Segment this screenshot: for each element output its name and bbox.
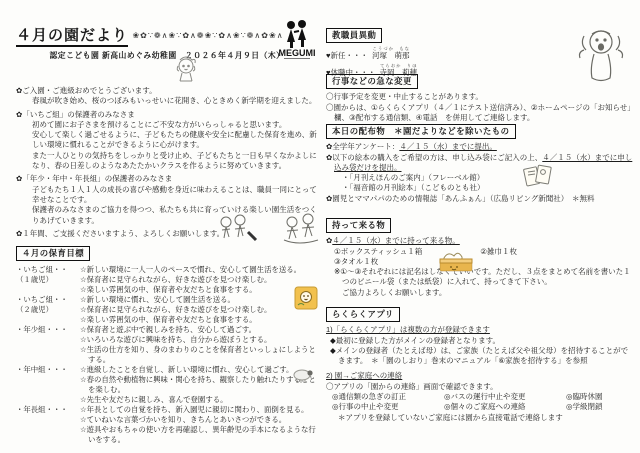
goal-row-nensho: ・年少組・・・ ☆保育者と遊ぶ中で親しみを持ち、安心して過ごす。 ☆いろいろな遊… bbox=[16, 325, 318, 365]
goal-items: ☆進級したことを自覚し、新しい環境に慣れ、安心して過ごす。 ☆春の自然や動植物に… bbox=[80, 365, 318, 405]
handout-book: ・「月刊えほんのご案内」（フレーベル館） bbox=[326, 173, 634, 183]
staff-role-label: ♥新任・・・ bbox=[326, 51, 368, 60]
app-contact-item: ◎学級閉鎖 bbox=[566, 402, 634, 412]
girl-illustration bbox=[166, 54, 206, 84]
goal-item: ☆ていねいな言葉づかいを知り、きちんとあいさつができる。 bbox=[80, 415, 318, 425]
goal-label: ・いちご組・・ （１歳児） bbox=[16, 265, 80, 285]
greeting-paragraph: ✿「いちご組」の保護者のみなさま 初めて園にお子さまを預けることにご不安な方がい… bbox=[16, 110, 318, 172]
app-contact-item: ◎通信類の急ぎの訂正 bbox=[332, 392, 444, 402]
handout-item: ✿園児とママパパのための情報誌「あんふぁん」（広島リビング新聞社） ＊無料 bbox=[326, 194, 634, 204]
app-contact-item: ◎臨時休園 bbox=[566, 392, 634, 402]
newsletter-title: ４月の園だより bbox=[16, 27, 128, 47]
goal-row-nenchu: ・年中組・・・ ☆進級したことを自覚し、新しい環境に慣れ、安心して過ごす。 ☆春… bbox=[16, 365, 318, 405]
events-line: 〇園からは、①らくらくアプリ（４／１にテスト送信済み）、②ホームページの「お知ら… bbox=[326, 103, 634, 124]
app-contact-item: ◎行事の中止や変更 bbox=[332, 402, 444, 412]
app-contact-item: ◎個々のご家庭への連絡 bbox=[444, 402, 566, 412]
handout-item: ✿全学年アンケート：４／１５（水）までに提出。 bbox=[326, 142, 634, 152]
bring-note: ※①〜③それぞれには記名はしなくていいです。ただし、３点をまとめて名前を書いた１… bbox=[334, 267, 634, 288]
books-icon bbox=[522, 162, 554, 188]
deadline-text: ４／１５（水）までに提出。 bbox=[399, 142, 497, 151]
goal-item: ☆年長としての自覚を持ち、新入園児に親切に関わり、面倒を見る。 bbox=[80, 405, 318, 415]
goal-label: ・年少組・・・ bbox=[16, 325, 80, 335]
tissue-box-icon bbox=[438, 249, 474, 273]
newsletter-page: ４月の園だより ❀✿∵❁∧❀∵✿∧❁❀∵✿∧❀∵❁∧✿❀∧ MEGUMI 認定こ… bbox=[0, 0, 640, 453]
goals-section: ４月の保育目標 ・いちご組・・ （１歳児） ☆新しい環境に一人一人のペースで慣れ… bbox=[16, 246, 318, 445]
svg-text:MEGUMI: MEGUMI bbox=[279, 48, 316, 58]
events-section: 行事などの急な変更 〇行事予定を変更・中止することがあります。 〇園からは、①ら… bbox=[326, 74, 634, 123]
bring-item: ①ボックスティッシュ１箱 bbox=[334, 247, 422, 256]
deadline-text: ４／１５（水）までに持って来る物。 bbox=[332, 236, 460, 245]
goal-item: ☆保育者に見守られながら、好きな遊びを見つけ楽しむ。 bbox=[80, 305, 318, 315]
goal-items: ☆新しい環境に一人一人のペースで慣れ、安心して園生活を送る。 ☆保育者に見守られ… bbox=[80, 265, 318, 295]
goal-item: ☆遊具やおもちゃの使い方を再確認し、異年齢児の手本になるような行いをする。 bbox=[80, 425, 318, 445]
handout-item: ✿以下の絵本の購入をご希望の方は、申し込み袋にご記入の上、４／１５（水）までに申… bbox=[326, 153, 634, 174]
app-rule: ◆メインの登録者（たとえば母）は、ご家族（たとえば父や祖父母）を招待することがで… bbox=[330, 346, 634, 367]
greeting-head: ✿ご入園・ご進級おめでとうございます。 bbox=[24, 86, 318, 96]
app-contact-item: ◎バスの運行中止や変更 bbox=[444, 392, 566, 402]
goal-label: ・年長組・・・ bbox=[16, 405, 80, 415]
left-column: ４月の園だより ❀✿∵❁∧❀∵✿∧❁❀∵✿∧❀∵❁∧✿❀∧ MEGUMI 認定こ… bbox=[16, 24, 318, 61]
goal-item: ☆保育者に見守られながら、好きな遊びを見つけ楽しむ。 bbox=[80, 275, 318, 285]
handout-book: ・「福音館の月刊絵本」（こどものとも社） bbox=[326, 183, 634, 193]
goal-item: ☆生活の仕方を知り、身のまわりのことを保育者といっしょにしようとする。 bbox=[80, 345, 318, 365]
bring-item: ③タオル１枚 bbox=[326, 257, 634, 267]
app-contact-grid: ◎通信類の急ぎの訂正 ◎バスの運行中止や変更 ◎臨時休園 ◎行事の中止や変更 ◎… bbox=[326, 392, 634, 413]
goal-items: ☆新しい環境に慣れ、安心して園生活を送る。 ☆保育者に見守られながら、好きな遊び… bbox=[80, 295, 318, 325]
events-section-title: 行事などの急な変更 bbox=[326, 74, 418, 89]
greeting-body: 初めて園にお子さまを預けることにご不安な方がいらっしゃると思います。 bbox=[24, 120, 318, 130]
goals-list: ・いちご組・・ （１歳児） ☆新しい環境に一人一人のペースで慣れ、安心して園生活… bbox=[16, 265, 318, 445]
goal-item: ☆新しい環境に一人一人のペースで慣れ、安心して園生活を送る。 bbox=[80, 265, 318, 275]
goal-item: ☆先生や友だちに親しみ、喜んで登園する。 bbox=[80, 395, 318, 405]
app-section: らくらくアプリ 1)「らくらくアプリ」は複数の方が登録できます ◆最初に登録した… bbox=[326, 307, 634, 423]
title-decoration-flowers: ❀✿∵❁∧❀∵✿∧❁❀∵✿∧❀∵❁∧✿❀∧ bbox=[132, 31, 283, 40]
app-rule: ◆最初に登録した方がメインの登録者となります。 bbox=[330, 336, 634, 346]
goal-item: ☆新しい環境に慣れ、安心して園生活を送る。 bbox=[80, 295, 318, 305]
greeting-body: 春風が吹き始め、桜のつぼみもいっせいに花開き、心ときめく新学期を迎えました。 bbox=[24, 96, 318, 106]
bring-section-title: 持って来る物 bbox=[326, 218, 391, 233]
handouts-section-title: 本日の配布物 ＊園だよりなどを除いたもの bbox=[326, 124, 516, 139]
goal-item: ☆保育者と遊ぶ中で親しみを持ち、安心して過ごす。 bbox=[80, 325, 318, 335]
greeting-head: ✿「いちご組」の保護者のみなさま bbox=[24, 110, 318, 120]
greeting-body: 安心して楽しく過ごせるように、子どもたちの健康や安全に配慮した保育を進め、新しい… bbox=[24, 130, 318, 151]
bring-deadline: ✿４／１５（水）までに持って来る物。 bbox=[326, 236, 634, 246]
goal-row-nencho: ・年長組・・・ ☆年長としての自覚を持ち、新入園児に親切に関わり、面倒を見る。 … bbox=[16, 405, 318, 445]
greeting-paragraph: ✿ご入園・ご進級おめでとうございます。 春風が吹き始め、桜のつぼみもいっせいに花… bbox=[16, 86, 318, 107]
bring-note: ご協力よろしくお願いします。 bbox=[326, 288, 634, 298]
children-playing-illustration bbox=[214, 210, 326, 248]
megumi-logo-graphic: MEGUMI bbox=[270, 18, 324, 60]
greeting-body: また一人ひとりの気持ちをしっかりと受け止め、子どもたちと一日も早くなかよしになり… bbox=[24, 151, 318, 172]
goal-items: ☆年長としての自覚を持ち、新入園児に親切に関わり、面倒を見る。 ☆ていねいな言葉… bbox=[80, 405, 318, 445]
events-line: 〇行事予定を変更・中止することがあります。 bbox=[326, 92, 634, 102]
goal-label: ・いちご組・・ （２歳児） bbox=[16, 295, 80, 315]
goal-row-ichigo-2: ・いちご組・・ （２歳児） ☆新しい環境に慣れ、安心して園生活を送る。 ☆保育者… bbox=[16, 295, 318, 325]
greeting-body: 子どもたち１人１人の成長の喜びや感動を身近に味わえることは、職員一同にとって幸せ… bbox=[24, 185, 318, 206]
staff-name: 河塚 萌那こうづか もな bbox=[372, 51, 410, 60]
staff-section-title: 教職員異動 bbox=[326, 28, 382, 43]
bring-items-row: ①ボックスティッシュ１箱②雑巾１枚 bbox=[326, 247, 634, 257]
handouts-section: 本日の配布物 ＊園だよりなどを除いたもの ✿全学年アンケート：４／１５（水）まで… bbox=[326, 124, 634, 204]
goal-item: ☆進級したことを自覚し、新しい環境に慣れ、安心して過ごす。 bbox=[80, 365, 318, 375]
sticker-illustration bbox=[294, 286, 318, 310]
bring-section: 持って来る物 ✿４／１５（水）までに持って来る物。 ①ボックスティッシュ１箱②雑… bbox=[326, 218, 634, 298]
goal-item: ☆楽しい雰囲気の中、保育者や友だちと食事をする。 bbox=[80, 285, 318, 295]
app-subsection-title: 1)「らくらくアプリ」は複数の方が登録できます bbox=[326, 325, 634, 335]
megumi-logo: MEGUMI bbox=[270, 18, 324, 60]
app-contact-intro: 〇アプリの「園からの連絡」画面で確認できます。 bbox=[326, 382, 634, 392]
goal-row-ichigo-1: ・いちご組・・ （１歳児） ☆新しい環境に一人一人のペースで慣れ、安心して園生活… bbox=[16, 265, 318, 295]
bring-item: ②雑巾１枚 bbox=[480, 247, 517, 256]
goals-section-title: ４月の保育目標 bbox=[16, 246, 90, 261]
lamb-illustration bbox=[292, 368, 314, 383]
greeting-head: ✿「年少・年中・年長組」の保護者のみなさま bbox=[24, 174, 318, 184]
goal-item: ☆いろいろな遊びに興味を持ち、自分から遊ぼうとする。 bbox=[80, 335, 318, 345]
goal-item: ☆春の自然や動植物に興味・関心を持ち、観察したり触れたりすることを楽しむ。 bbox=[80, 375, 318, 395]
app-subsection-title: 2) 園→ご家庭への連絡 bbox=[326, 371, 634, 381]
goal-items: ☆保育者と遊ぶ中で親しみを持ち、安心して過ごす。 ☆いろいろな遊びに興味を持ち、… bbox=[80, 325, 318, 365]
app-note: ＊アプリを登録していないご家庭には園から直接電話で連絡します bbox=[326, 413, 634, 423]
goal-item: ☆楽しい雰囲気の中、保育者や友だちと食事をする。 bbox=[80, 315, 318, 325]
app-section-title: らくらくアプリ bbox=[326, 307, 400, 322]
goal-label: ・年中組・・・ bbox=[16, 365, 80, 375]
